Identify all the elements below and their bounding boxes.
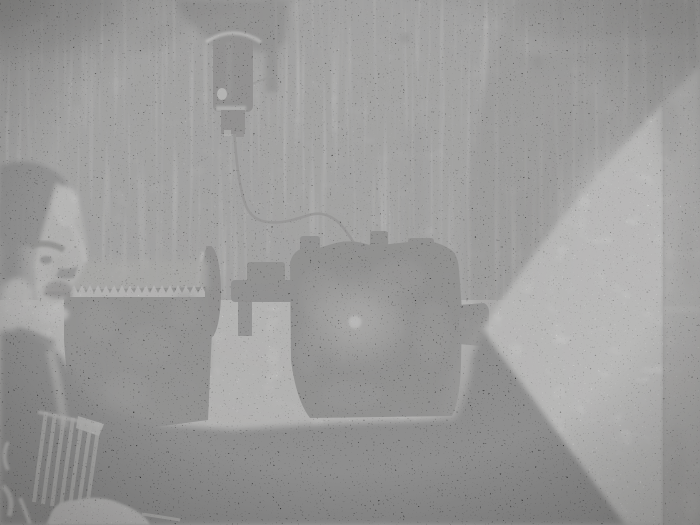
vignette <box>0 0 700 525</box>
film-grain-overlay <box>0 0 700 525</box>
photo-canvas <box>0 0 700 525</box>
photograph <box>0 0 700 525</box>
